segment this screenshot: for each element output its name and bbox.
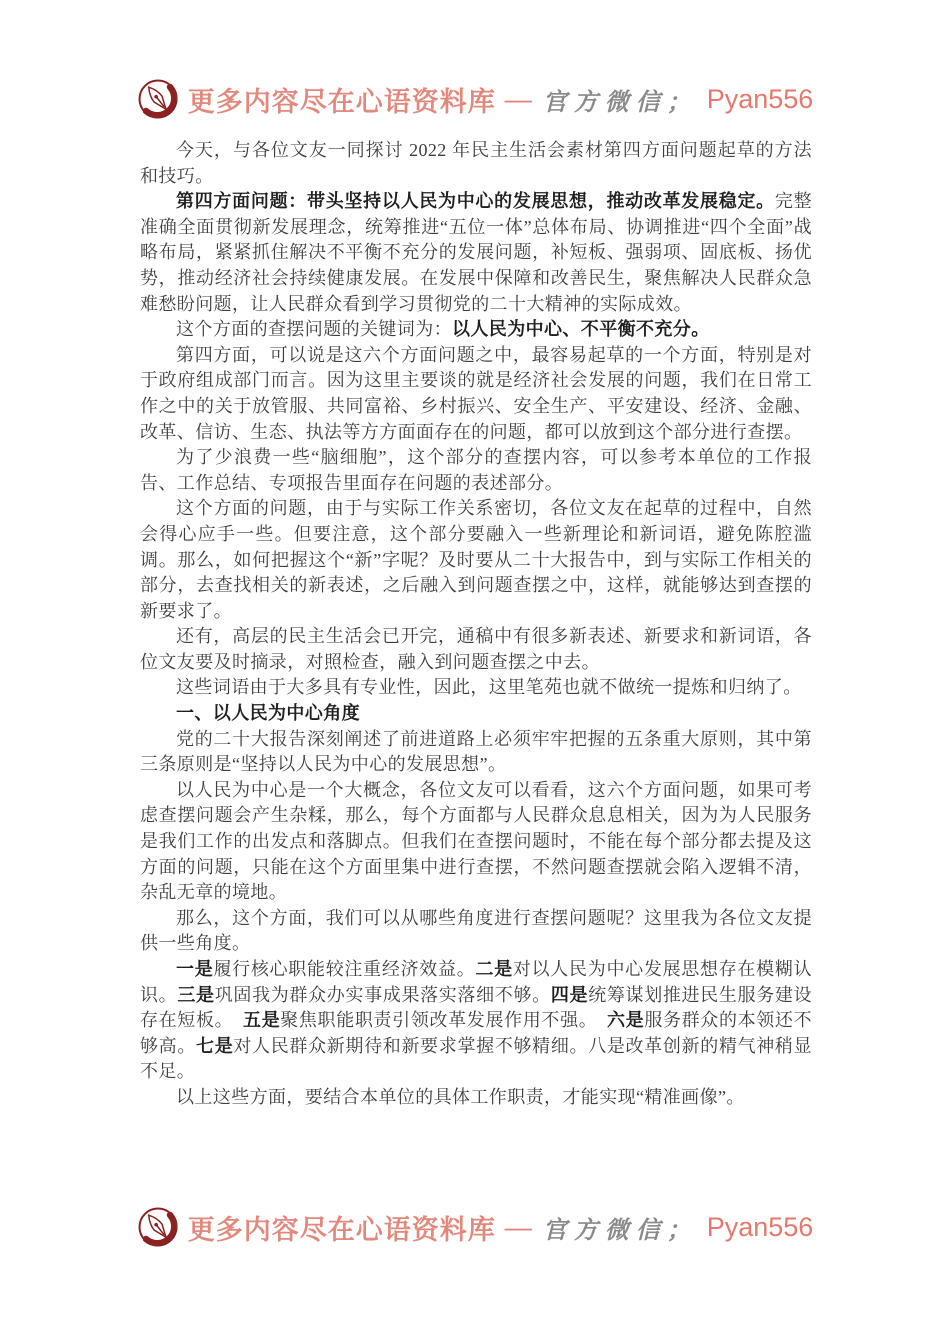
text-run: 五是	[243, 1010, 280, 1030]
paragraph-1: 今天，与各位文友一同探讨 2022 年民主生活会素材第四方面问题起草的方法和技巧…	[140, 138, 812, 189]
banner-dash: —	[505, 84, 532, 115]
paragraph-10: 党的二十大报告深刻阐述了前进道路上必须牢牢把握的五条重大原则，其中第三条原则是“…	[140, 727, 812, 778]
header-banner: 更多内容尽在心语资料库—官方微信； Pyan556	[0, 78, 950, 120]
banner-wechat-account: Pyan556	[707, 1212, 814, 1243]
text-run: 那么，这个方面，我们可以从哪些角度进行查摆问题呢？这里我为各位文友提供一些角度。	[140, 908, 812, 954]
text-run: 第四方面问题：带头坚持以人民为中心的发展思想，推动改革发展稳定。	[176, 191, 775, 211]
paragraph-12: 那么，这个方面，我们可以从哪些角度进行查摆问题呢？这里我为各位文友提供一些角度。	[140, 906, 812, 957]
paragraph-11: 以人民为中心是一个大概念，各位文友可以看看，这六个方面问题，如果可考虑查摆问题会…	[140, 778, 812, 906]
paragraph-3: 这个方面的查摆问题的关键词为：以人民为中心、不平衡不充分。	[140, 317, 812, 343]
text-run: 二是	[475, 959, 512, 979]
paragraph-7: 还有，高层的民主生活会已开完，通稿中有很多新表述、新要求和新词语，各位文友要及时…	[140, 624, 812, 675]
document-body: 今天，与各位文友一同探讨 2022 年民主生活会素材第四方面问题起草的方法和技巧…	[140, 138, 812, 1111]
paragraph-9: 一、以人民为中心角度	[140, 701, 812, 727]
text-run: 今天，与各位文友一同探讨 2022 年民主生活会素材第四方面问题起草的方法和技巧…	[140, 140, 812, 186]
document-page: 更多内容尽在心语资料库—官方微信； Pyan556 今天，与各位文友一同探讨 2…	[0, 0, 950, 1344]
text-run: 党的二十大报告深刻阐述了前进道路上必须牢牢把握的五条重大原则，其中第三条原则是“…	[140, 729, 812, 775]
text-run: 巩固我为群众办实事成果落实落细不够。	[215, 985, 551, 1005]
text-run: 一是	[176, 959, 213, 979]
paragraph-5: 为了少浪费一些“脑细胞”，这个部分的查摆内容，可以参考本单位的工作报告、工作总结…	[140, 445, 812, 496]
paragraph-13: 一是履行核心职能较注重经济效益。二是对以人民为中心发展思想存在模糊认识。三是巩固…	[140, 957, 812, 1085]
banner-wechat-label: 官方微信；	[543, 82, 698, 117]
paragraph-4: 第四方面，可以说是这六个方面问题之中，最容易起草的一个方面，特别是对于政府组成部…	[140, 343, 812, 445]
banner-title: 更多内容尽在心语资料库	[188, 1208, 496, 1247]
paragraph-6: 这个方面的问题，由于与实际工作关系密切，各位文友在起草的过程中，自然会得心应手一…	[140, 496, 812, 624]
footer-banner: 更多内容尽在心语资料库—官方微信； Pyan556	[0, 1206, 950, 1248]
text-run: 为了少浪费一些“脑细胞”，这个部分的查摆内容，可以参考本单位的工作报告、工作总结…	[140, 447, 812, 493]
text-run: 第四方面，可以说是这六个方面问题之中，最容易起草的一个方面，特别是对于政府组成部…	[140, 345, 812, 442]
text-run: 以人民为中心、不平衡不充分。	[452, 319, 710, 339]
text-run: 对人民群众新期待和新要求掌握不够精细。八是改革创新的精气神稍显不足。	[140, 1036, 812, 1082]
text-run: 六是	[607, 1010, 644, 1030]
paragraph-14: 以上这些方面，要结合本单位的具体工作职责，才能实现“精准画像”。	[140, 1085, 812, 1111]
pen-nib-circle-icon	[137, 78, 179, 120]
text-run: 一、以人民为中心角度	[176, 703, 360, 723]
banner-wechat-label: 官方微信；	[543, 1210, 698, 1245]
paragraph-2: 第四方面问题：带头坚持以人民为中心的发展思想，推动改革发展稳定。完整准确全面贯彻…	[140, 189, 812, 317]
text-run: 以上这些方面，要结合本单位的具体工作职责，才能实现“精准画像”。	[176, 1087, 745, 1107]
paragraph-8: 这些词语由于大多具有专业性，因此，这里笔苑也就不做统一提炼和归纳了。	[140, 675, 812, 701]
banner-title: 更多内容尽在心语资料库	[188, 80, 496, 119]
text-run: 这个方面的查摆问题的关键词为：	[176, 319, 452, 339]
text-run: 七是	[196, 1036, 233, 1056]
text-run: 三是	[177, 985, 214, 1005]
text-run: 这个方面的问题，由于与实际工作关系密切，各位文友在起草的过程中，自然会得心应手一…	[140, 498, 812, 620]
banner-dash: —	[505, 1212, 532, 1243]
text-run: 四是	[551, 985, 588, 1005]
pen-nib-circle-icon	[137, 1206, 179, 1248]
text-run: 这些词语由于大多具有专业性，因此，这里笔苑也就不做统一提炼和归纳了。	[176, 677, 802, 697]
text-run: 还有，高层的民主生活会已开完，通稿中有很多新表述、新要求和新词语，各位文友要及时…	[140, 626, 812, 672]
text-run: 履行核心职能较注重经济效益。	[213, 959, 475, 979]
text-run: 聚焦职能职责引领改革发展作用不强。	[280, 1010, 607, 1030]
text-run: 以人民为中心是一个大概念，各位文友可以看看，这六个方面问题，如果可考虑查摆问题会…	[140, 780, 812, 902]
banner-wechat-account: Pyan556	[707, 84, 814, 115]
